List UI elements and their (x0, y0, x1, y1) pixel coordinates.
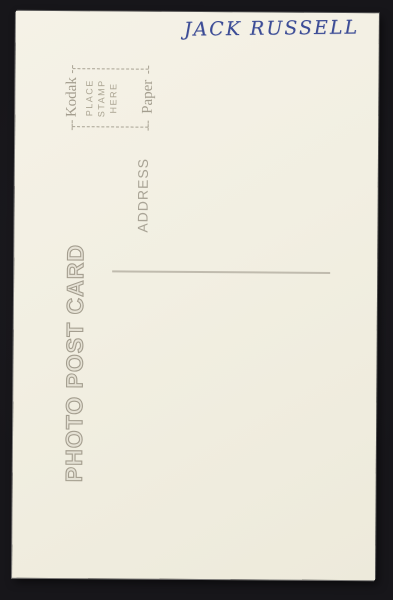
dash-segment (72, 65, 73, 73)
place-stamp-here-label: PLACE STAMP HERE (85, 69, 118, 126)
stamp-instruction-line-2: STAMP (97, 79, 106, 117)
stamp-box-left-edge: Kodak (65, 65, 80, 130)
address-line (112, 270, 330, 274)
paper-label: Paper (141, 80, 156, 114)
stamp-box: Kodak PLACE STAMP HERE Paper (72, 68, 148, 128)
kodak-label: Kodak (65, 77, 80, 117)
stamp-instruction-line-1: PLACE (85, 79, 94, 116)
handwritten-name: JACK RUSSELL (184, 16, 359, 40)
photo-background: JACK RUSSELL Kodak PLACE STAMP HERE Pape… (0, 0, 393, 600)
stamp-instruction-line-3: HERE (109, 82, 118, 113)
photo-post-card-label: PHOTO POST CARD (63, 268, 87, 482)
postcard-back: JACK RUSSELL Kodak PLACE STAMP HERE Pape… (12, 11, 379, 581)
dash-segment (148, 121, 149, 131)
address-label: ADDRESS (135, 173, 149, 233)
dash-segment (72, 120, 73, 130)
dash-segment (148, 66, 149, 74)
stamp-box-right-edge: Paper (141, 66, 156, 131)
